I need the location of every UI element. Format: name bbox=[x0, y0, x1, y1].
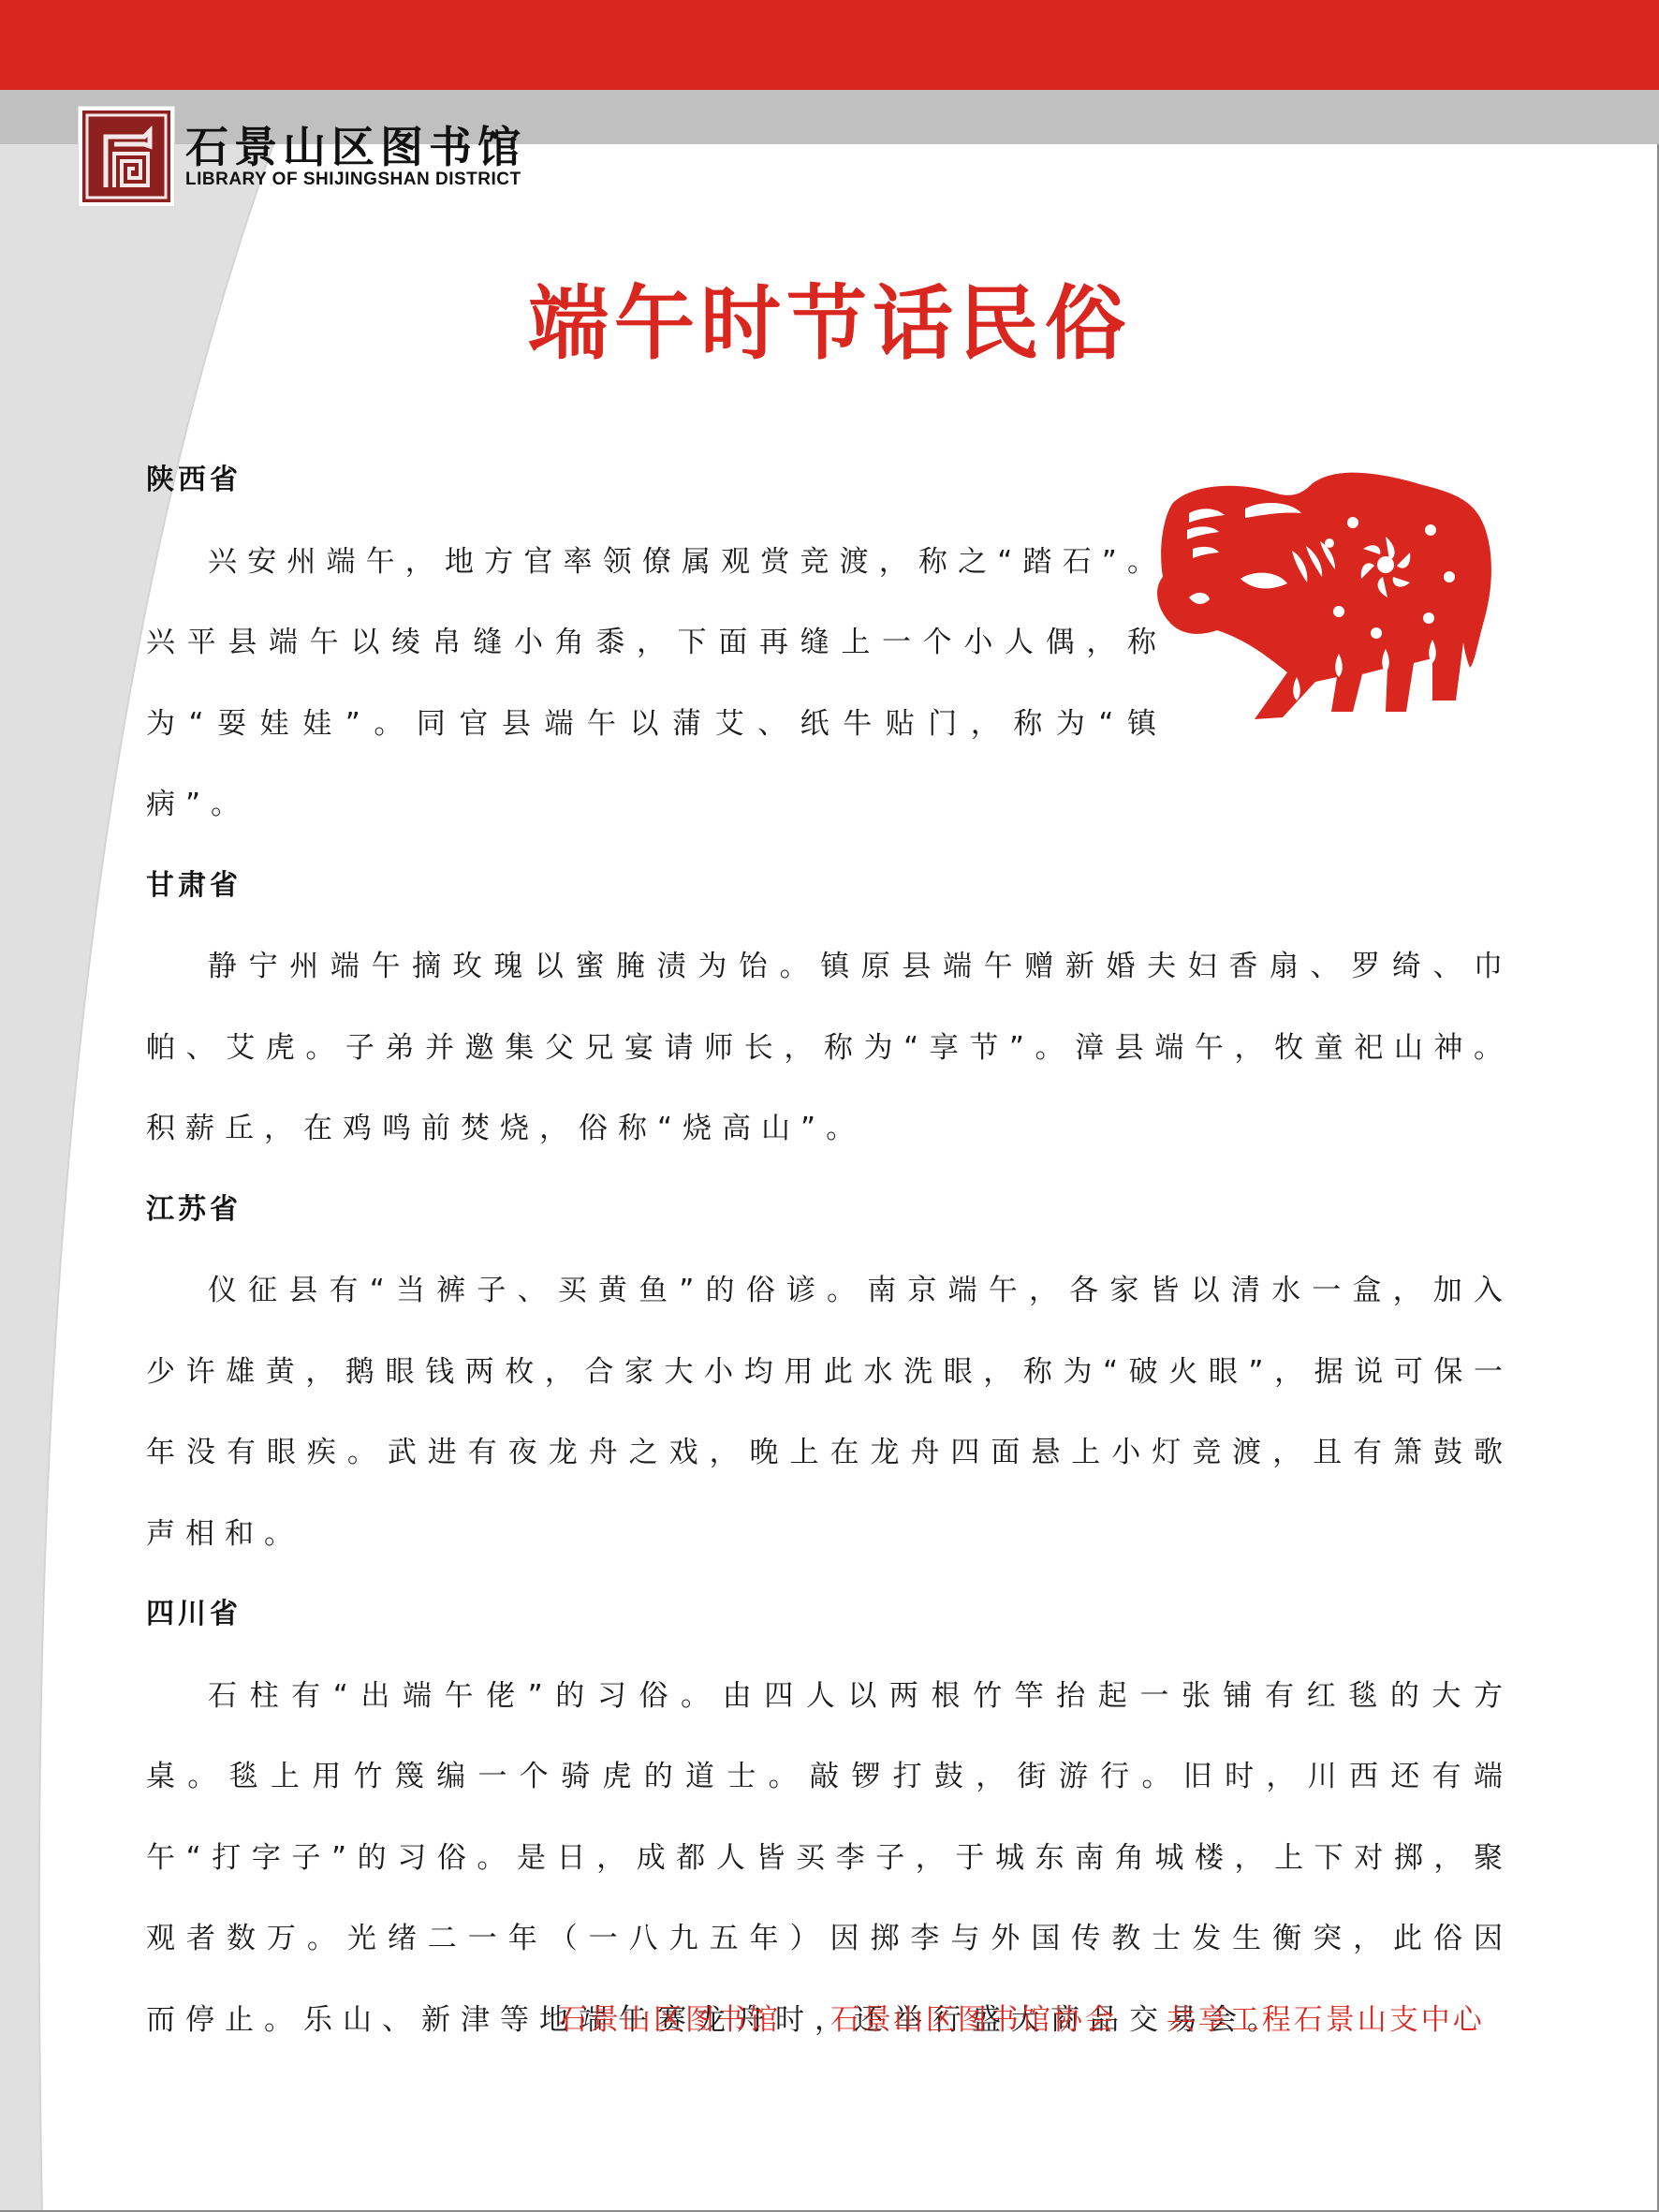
library-name-cn: 石景山区图书馆 bbox=[185, 123, 526, 171]
organizers-footer: 石景山区图书馆 石景山区图书馆协会 共享工程石景山支中心 bbox=[558, 1997, 1485, 2043]
section-heading: 江苏省 bbox=[146, 1170, 1513, 1251]
section-jiangsu: 江苏省 仪征县有“当裤子、买黄鱼”的俗谚。南京端午，各家皆以清水一盒，加入少许雄… bbox=[146, 1170, 1513, 1575]
section-sichuan: 四川省 石柱有“出端午佬”的习俗。由四人以两根竹竿抬起一张铺有红毯的大方桌。毯上… bbox=[146, 1574, 1513, 2060]
section-gansu: 甘肃省 静宁州端午摘玫瑰以蜜腌渍为饴。镇原县端午赠新婚夫妇香扇、罗绮、巾帕、艾虎… bbox=[146, 846, 1513, 1170]
section-paragraph: 仪征县有“当裤子、买黄鱼”的俗谚。南京端午，各家皆以清水一盒，加入少许雄黄，鹅眼… bbox=[146, 1250, 1513, 1574]
page-title: 端午时节话民俗 bbox=[0, 277, 1659, 371]
section-heading: 四川省 bbox=[146, 1574, 1513, 1656]
organizer-library: 石景山区图书馆 bbox=[558, 2003, 781, 2037]
top-red-band bbox=[0, 0, 1659, 90]
library-logo: 石景山区图书馆 LIBRARY OF SHIJINGSHAN DISTRICT bbox=[79, 107, 526, 206]
section-paragraph: 兴安州端午，地方官率领僚属观赏竞渡，称之“踏石”。兴平县端午以绫帛缝小角黍，下面… bbox=[146, 522, 1167, 846]
article-body: 陕西省 兴安州端午，地方官率领僚属观赏竞渡，称之“踏石”。兴平县端午以绫帛缝小角… bbox=[146, 440, 1513, 2060]
section-heading: 甘肃省 bbox=[146, 846, 1513, 927]
organizer-sharing-project-center: 共享工程石景山支中心 bbox=[1167, 2003, 1485, 2037]
section-shaanxi: 陕西省 兴安州端午，地方官率领僚属观赏竞渡，称之“踏石”。兴平县端午以绫帛缝小角… bbox=[146, 440, 1513, 846]
section-heading: 陕西省 bbox=[146, 440, 1513, 522]
organizer-library-association: 石景山区图书馆协会 bbox=[830, 2003, 1117, 2037]
seal-logo-icon bbox=[79, 107, 174, 206]
section-paragraph: 静宁州端午摘玫瑰以蜜腌渍为饴。镇原县端午赠新婚夫妇香扇、罗绮、巾帕、艾虎。子弟并… bbox=[146, 926, 1513, 1170]
library-name-en: LIBRARY OF SHIJINGSHAN DISTRICT bbox=[185, 170, 526, 190]
